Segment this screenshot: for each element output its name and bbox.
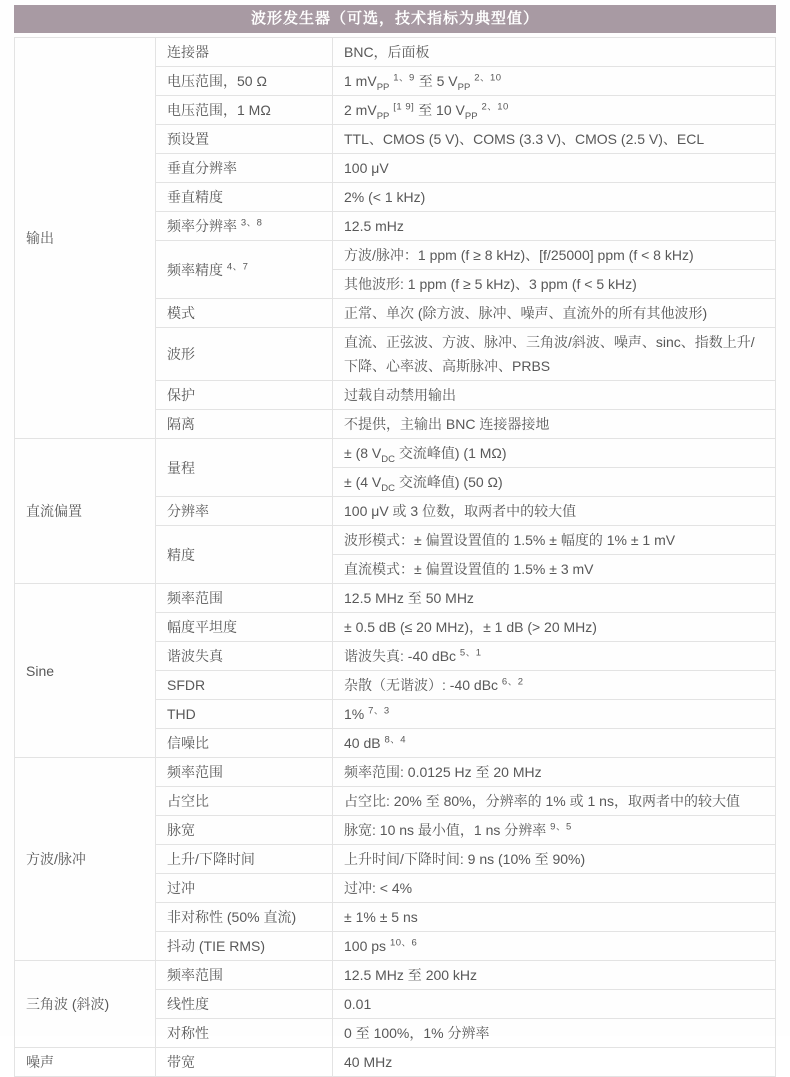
value-cell: 1% 7、3 bbox=[333, 700, 776, 729]
param-cell: 分辨率 bbox=[156, 497, 333, 526]
param-cell: 垂直精度 bbox=[156, 183, 333, 212]
value-cell: 12.5 MHz 至 200 kHz bbox=[333, 961, 776, 990]
value-cell: 谐波失真: -40 dBc 5、1 bbox=[333, 642, 776, 671]
param-cell: 对称性 bbox=[156, 1019, 333, 1048]
param-cell: 谐波失真 bbox=[156, 642, 333, 671]
category-cell: 方波/脉冲 bbox=[15, 758, 156, 961]
category-cell: 噪声 bbox=[15, 1048, 156, 1077]
param-cell: 垂直分辨率 bbox=[156, 154, 333, 183]
value-cell: 脉宽: 10 ns 最小值，1 ns 分辨率 9、5 bbox=[333, 816, 776, 845]
value-cell: 过载自动禁用输出 bbox=[333, 381, 776, 410]
table-row: 输出连接器BNC，后面板 bbox=[15, 38, 776, 67]
table-row: 直流偏置量程± (8 VDC 交流峰值) (1 MΩ) bbox=[15, 439, 776, 468]
value-cell: 过冲: < 4% bbox=[333, 874, 776, 903]
value-cell: BNC，后面板 bbox=[333, 38, 776, 67]
value-cell: 波形模式：± 偏置设置值的 1.5% ± 幅度的 1% ± 1 mV bbox=[333, 526, 776, 555]
param-cell: 频率分辨率 3、8 bbox=[156, 212, 333, 241]
value-cell: 方波/脉冲：1 ppm (f ≥ 8 kHz)、[f/25000] ppm (f… bbox=[333, 241, 776, 270]
value-cell: ± (4 VDC 交流峰值) (50 Ω) bbox=[333, 468, 776, 497]
value-cell: 其他波形: 1 ppm (f ≥ 5 kHz)、3 ppm (f < 5 kHz… bbox=[333, 270, 776, 299]
value-cell: 不提供，主输出 BNC 连接器接地 bbox=[333, 410, 776, 439]
value-cell: 直流、正弦波、方波、脉冲、三角波/斜波、噪声、sinc、指数上升/下降、心率波、… bbox=[333, 328, 776, 381]
value-cell: 频率范围: 0.0125 Hz 至 20 MHz bbox=[333, 758, 776, 787]
value-cell: 正常、单次 (除方波、脉冲、噪声、直流外的所有其他波形) bbox=[333, 299, 776, 328]
value-cell: 1 mVPP 1、9 至 5 VPP 2、10 bbox=[333, 67, 776, 96]
value-cell: 上升时间/下降时间: 9 ns (10% 至 90%) bbox=[333, 845, 776, 874]
param-cell: 模式 bbox=[156, 299, 333, 328]
param-cell: 频率范围 bbox=[156, 584, 333, 613]
value-cell: 0 至 100%，1% 分辨率 bbox=[333, 1019, 776, 1048]
param-cell: 隔离 bbox=[156, 410, 333, 439]
value-cell: 100 μV 或 3 位数，取两者中的较大值 bbox=[333, 497, 776, 526]
param-cell: 上升/下降时间 bbox=[156, 845, 333, 874]
value-cell: TTL、CMOS (5 V)、COMS (3.3 V)、CMOS (2.5 V)… bbox=[333, 125, 776, 154]
param-cell: 频率精度 4、7 bbox=[156, 241, 333, 299]
param-cell: 电压范围，50 Ω bbox=[156, 67, 333, 96]
param-cell: 量程 bbox=[156, 439, 333, 497]
category-cell: Sine bbox=[15, 584, 156, 758]
spec-table: 输出连接器BNC，后面板电压范围，50 Ω1 mVPP 1、9 至 5 VPP … bbox=[14, 37, 776, 1077]
table-row: 三角波 (斜波)频率范围12.5 MHz 至 200 kHz bbox=[15, 961, 776, 990]
param-cell: 非对称性 (50% 直流) bbox=[156, 903, 333, 932]
param-cell: 线性度 bbox=[156, 990, 333, 1019]
table-title: 波形发生器（可选，技术指标为典型值） bbox=[251, 5, 539, 33]
table-row: 方波/脉冲频率范围频率范围: 0.0125 Hz 至 20 MHz bbox=[15, 758, 776, 787]
value-cell: 100 ps 10、6 bbox=[333, 932, 776, 961]
value-cell: 直流模式：± 偏置设置值的 1.5% ± 3 mV bbox=[333, 555, 776, 584]
page: 波形发生器（可选，技术指标为典型值） 输出连接器BNC，后面板电压范围，50 Ω… bbox=[0, 0, 790, 1036]
value-cell: 40 dB 8、4 bbox=[333, 729, 776, 758]
value-cell: 40 MHz bbox=[333, 1048, 776, 1077]
param-cell: SFDR bbox=[156, 671, 333, 700]
value-cell: 100 μV bbox=[333, 154, 776, 183]
table-title-bar: 波形发生器（可选，技术指标为典型值） bbox=[14, 5, 776, 33]
param-cell: 脉宽 bbox=[156, 816, 333, 845]
value-cell: ± 1% ± 5 ns bbox=[333, 903, 776, 932]
param-cell: 过冲 bbox=[156, 874, 333, 903]
param-cell: 抖动 (TIE RMS) bbox=[156, 932, 333, 961]
param-cell: THD bbox=[156, 700, 333, 729]
param-cell: 保护 bbox=[156, 381, 333, 410]
param-cell: 精度 bbox=[156, 526, 333, 584]
param-cell: 电压范围，1 MΩ bbox=[156, 96, 333, 125]
value-cell: ± 0.5 dB (≤ 20 MHz)，± 1 dB (> 20 MHz) bbox=[333, 613, 776, 642]
value-cell: 12.5 mHz bbox=[333, 212, 776, 241]
value-cell: ± (8 VDC 交流峰值) (1 MΩ) bbox=[333, 439, 776, 468]
param-cell: 频率范围 bbox=[156, 758, 333, 787]
param-cell: 带宽 bbox=[156, 1048, 333, 1077]
value-cell: 杂散（无谐波）: -40 dBc 6、2 bbox=[333, 671, 776, 700]
category-cell: 三角波 (斜波) bbox=[15, 961, 156, 1048]
value-cell: 2 mVPP [1 9] 至 10 VPP 2、10 bbox=[333, 96, 776, 125]
param-cell: 波形 bbox=[156, 328, 333, 381]
category-cell: 直流偏置 bbox=[15, 439, 156, 584]
category-cell: 输出 bbox=[15, 38, 156, 439]
param-cell: 频率范围 bbox=[156, 961, 333, 990]
table-row: Sine频率范围12.5 MHz 至 50 MHz bbox=[15, 584, 776, 613]
value-cell: 2% (< 1 kHz) bbox=[333, 183, 776, 212]
param-cell: 幅度平坦度 bbox=[156, 613, 333, 642]
param-cell: 信噪比 bbox=[156, 729, 333, 758]
value-cell: 占空比: 20% 至 80%，分辨率的 1% 或 1 ns，取两者中的较大值 bbox=[333, 787, 776, 816]
param-cell: 预设置 bbox=[156, 125, 333, 154]
param-cell: 连接器 bbox=[156, 38, 333, 67]
param-cell: 占空比 bbox=[156, 787, 333, 816]
value-cell: 12.5 MHz 至 50 MHz bbox=[333, 584, 776, 613]
value-cell: 0.01 bbox=[333, 990, 776, 1019]
table-row: 噪声带宽40 MHz bbox=[15, 1048, 776, 1077]
